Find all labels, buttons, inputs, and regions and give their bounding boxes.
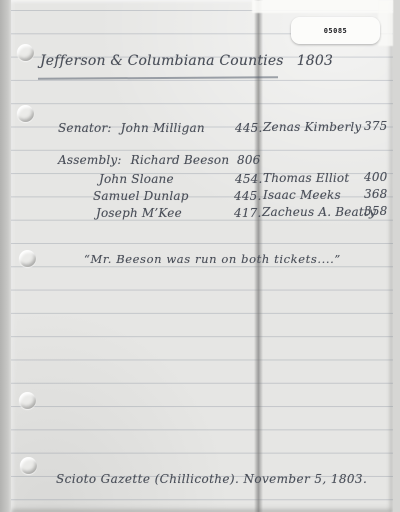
assembly-opponent: Isaac Meeks xyxy=(263,188,341,202)
senator-candidate: John Milligan xyxy=(121,121,205,135)
assembly-opponent: Zacheus A. Beatty xyxy=(262,205,376,219)
assembly-votes: 417. xyxy=(234,206,262,220)
assembly-votes: 454. xyxy=(235,172,263,186)
punch-hole xyxy=(17,44,34,61)
punch-hole xyxy=(19,250,36,267)
scan-background: 05085 Jefferson & Columbiana Counties 18… xyxy=(0,0,400,512)
punch-hole xyxy=(19,392,36,409)
assembly-candidate: John Sloane xyxy=(99,172,174,186)
punch-hole xyxy=(20,457,37,474)
assembly-candidate: Samuel Dunlap xyxy=(93,189,189,203)
source-citation: Scioto Gazette (Chillicothe). November 5… xyxy=(56,472,367,486)
assembly-candidate: Richard Beeson xyxy=(131,153,230,167)
note-quote: “Mr. Beeson was run on both tickets....” xyxy=(84,252,341,266)
page-title: Jefferson & Columbiana Counties 1803 xyxy=(40,53,333,69)
assembly-opponent-votes: 368 xyxy=(364,187,388,201)
title-year: 1803 xyxy=(297,53,333,69)
assembly-opponent-votes: 358 xyxy=(364,204,388,218)
senator-label: Senator: xyxy=(58,121,112,135)
title-text: Jefferson & Columbiana Counties xyxy=(40,53,284,69)
assembly-votes: 445. xyxy=(234,189,262,203)
catalog-number-sticker: 05085 xyxy=(291,17,380,44)
assembly-row-left: Assembly: Richard Beeson xyxy=(58,153,229,167)
punch-hole xyxy=(17,105,34,122)
senator-opponent-votes: 375 xyxy=(364,119,388,133)
senator-row-left: Senator: John Milligan xyxy=(58,121,205,135)
assembly-label: Assembly: xyxy=(58,153,122,167)
assembly-candidate: Joseph M’Kee xyxy=(96,206,182,220)
scan-corner-highlight-right xyxy=(378,0,393,46)
assembly-opponent: Thomas Elliot xyxy=(263,171,349,185)
catalog-number: 05085 xyxy=(324,27,348,35)
assembly-votes: 806 xyxy=(237,153,261,167)
senator-votes: 445. xyxy=(235,121,263,135)
assembly-opponent-votes: 400 xyxy=(364,170,388,184)
senator-opponent: Zenas Kimberly xyxy=(263,120,361,134)
scan-corner-highlight xyxy=(252,0,393,13)
